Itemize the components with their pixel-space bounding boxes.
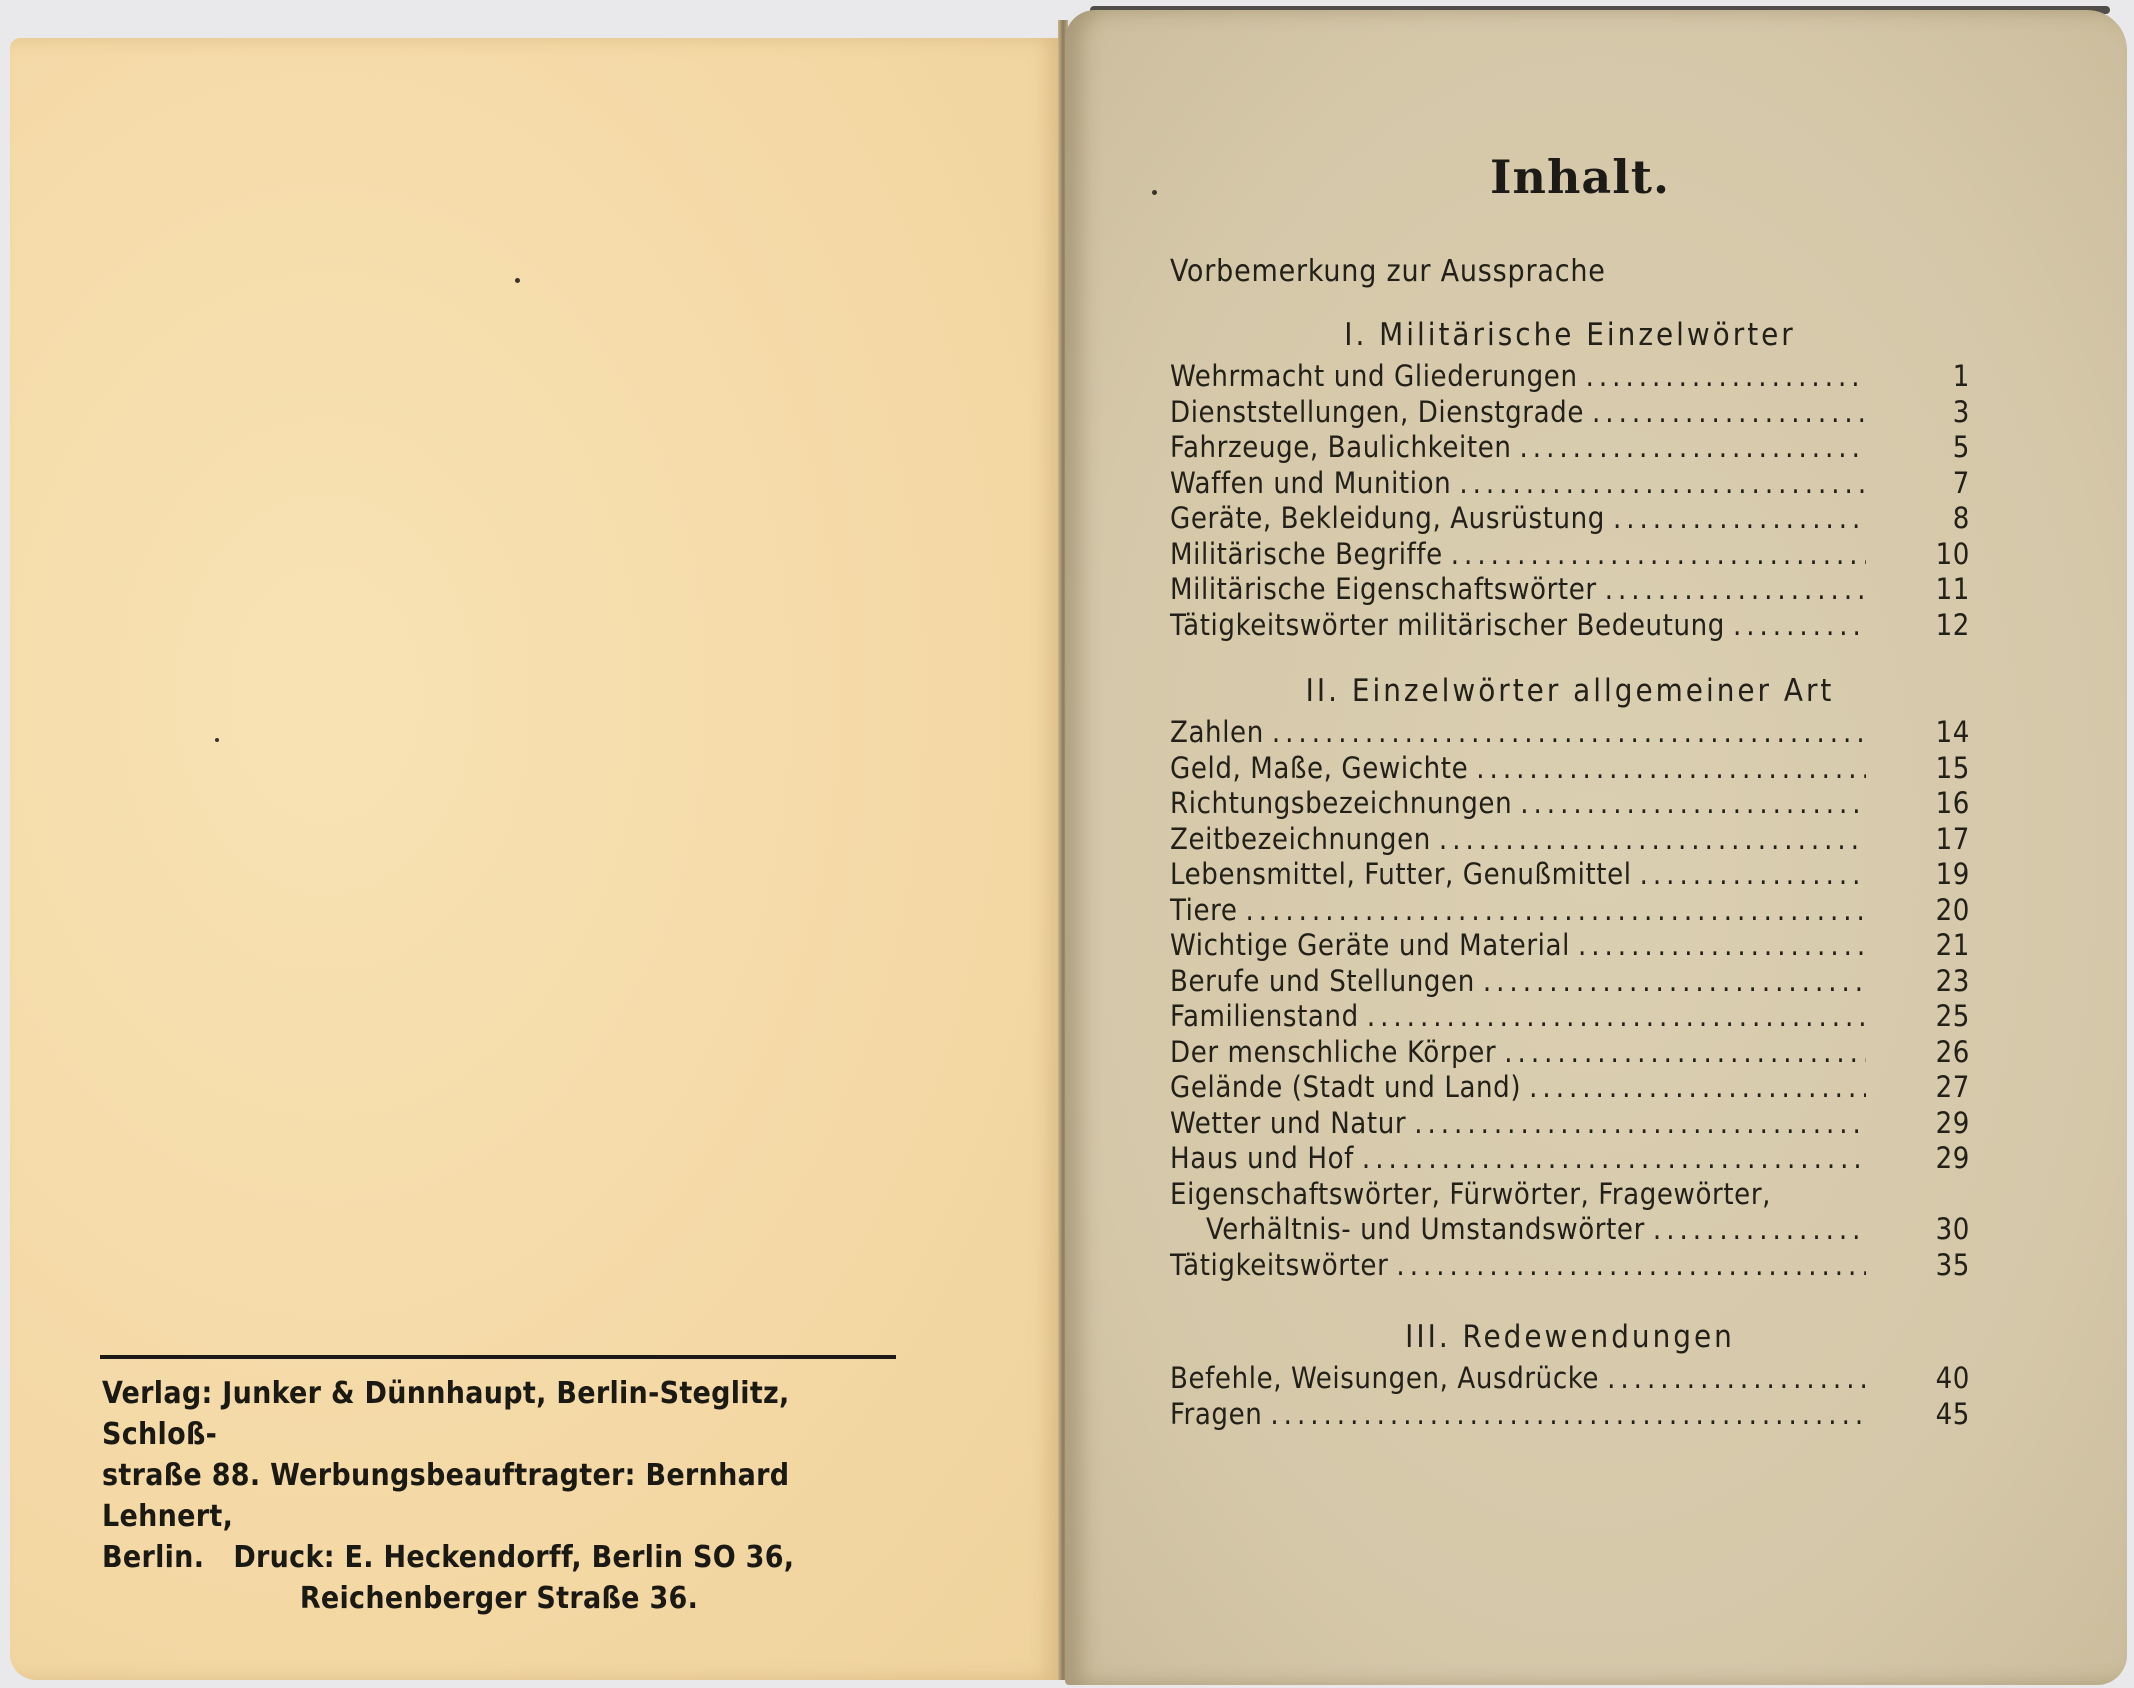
toc-entry-continuation: Verhältnis- und Umstandswörter30: [1170, 1212, 1970, 1248]
toc-entry: Berufe und Stellungen23: [1170, 964, 1970, 1000]
toc-entry: Tätigkeitswörter militärischer Bedeutung…: [1170, 608, 1970, 644]
toc-entry: Richtungsbezeichnungen16: [1170, 786, 1970, 822]
publisher-imprint: Verlag: Junker & Dünnhaupt, Berlin-Stegl…: [90, 1355, 896, 1619]
section-heading-3: III. Redewendungen: [1170, 1319, 1970, 1355]
toc-entry: Lebensmittel, Futter, Genußmittel19: [1170, 857, 1970, 893]
toc-entry: Familienstand25: [1170, 999, 1970, 1035]
table-of-contents: Inhalt. Vorbemerkung zur Aussprache I. M…: [1170, 150, 1970, 1432]
toc-entry: Wehrmacht und Gliederungen1: [1170, 359, 1970, 395]
paper-speck: [1152, 190, 1157, 195]
toc-entry: Zahlen14: [1170, 715, 1970, 751]
toc-entry: Der menschliche Körper26: [1170, 1035, 1970, 1071]
toc-entry: Fahrzeuge, Baulichkeiten5: [1170, 430, 1970, 466]
toc-entry: Fragen45: [1170, 1397, 1970, 1433]
section-heading-2: II. Einzelwörter allgemeiner Art: [1170, 673, 1970, 709]
toc-entry: Waffen und Munition7: [1170, 466, 1970, 502]
imprint-rule: [100, 1355, 896, 1359]
toc-entry: Eigenschaftswörter, Fürwörter, Fragewört…: [1170, 1177, 1970, 1213]
toc-entry: Dienststellungen, Dienstgrade3: [1170, 395, 1970, 431]
toc-entry: Befehle, Weisungen, Ausdrücke40: [1170, 1361, 1970, 1397]
toc-entry: Wetter und Natur29: [1170, 1106, 1970, 1142]
toc-entry: Militärische Begriffe10: [1170, 537, 1970, 573]
imprint-text: Verlag: Junker & Dünnhaupt, Berlin-Stegl…: [102, 1373, 896, 1619]
imprint-line: Verlag: Junker & Dünnhaupt, Berlin-Stegl…: [102, 1376, 790, 1452]
toc-entry: Gelände (Stadt und Land)27: [1170, 1070, 1970, 1106]
toc-entry: Geld, Maße, Gewichte15: [1170, 751, 1970, 787]
toc-entry: Zeitbezeichnungen17: [1170, 822, 1970, 858]
section-heading-1: I. Militärische Einzelwörter: [1170, 317, 1970, 353]
toc-entry: Wichtige Geräte und Material21: [1170, 928, 1970, 964]
paper-speck: [515, 278, 520, 283]
toc-entry: Geräte, Bekleidung, Ausrüstung8: [1170, 501, 1970, 537]
page-title: Inhalt.: [1170, 150, 1970, 204]
imprint-line: Berlin. Druck: E. Heckendorff, Berlin SO…: [102, 1540, 794, 1575]
toc-preface: Vorbemerkung zur Aussprache: [1170, 254, 1970, 289]
paper-speck: [215, 738, 219, 742]
imprint-line: Reichenberger Straße 36.: [102, 1578, 896, 1619]
toc-entry: Haus und Hof29: [1170, 1141, 1970, 1177]
toc-entry: Tätigkeitswörter35: [1170, 1248, 1970, 1284]
imprint-line: straße 88. Werbungsbeauftragter: Bernhar…: [102, 1458, 789, 1534]
toc-entry: Militärische Eigenschaftswörter11: [1170, 572, 1970, 608]
toc-entry: Tiere20: [1170, 893, 1970, 929]
